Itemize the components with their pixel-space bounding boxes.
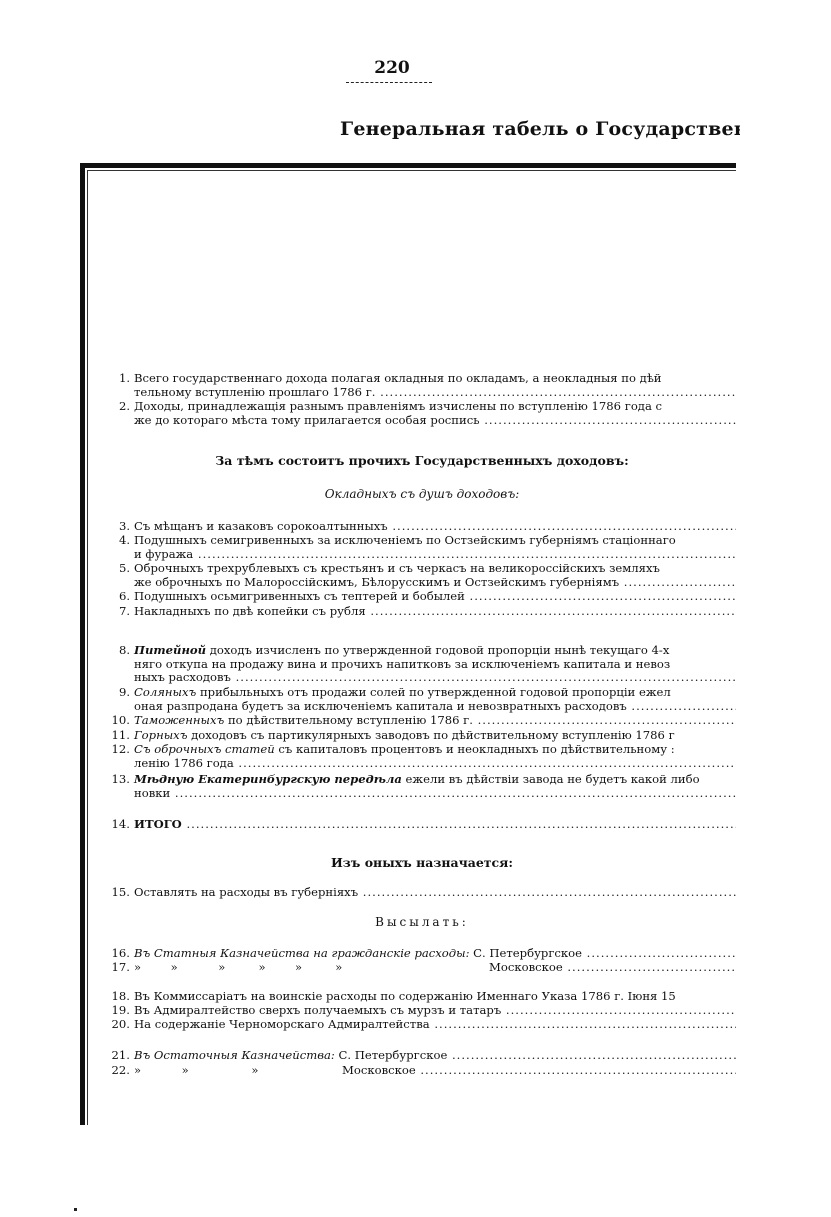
list-item-14-total: 14.ИТОГО xyxy=(108,818,736,832)
frame-top-inner-rule xyxy=(88,170,736,171)
scan-speck xyxy=(74,1208,77,1211)
list-item-4: 4.Подушныхъ семигривенныхъ за исключеніе… xyxy=(108,534,736,561)
list-item-5: 5.Оброчныхъ трехрублевыхъ съ крестьянъ и… xyxy=(108,562,736,589)
list-item-9: 9.Соляныхъ прибыльныхъ отъ продажи солей… xyxy=(108,686,736,713)
list-item-3: 3.Съ мѣщанъ и казаковъ сорокоалтынныхъ xyxy=(108,520,736,534)
list-item-2: 2.Доходы, принадлежащія разнымъ правлені… xyxy=(108,400,736,427)
list-item-1: 1.Всего государственнаго дохода полагая … xyxy=(108,372,736,399)
list-item-20: 20.На содержаніе Черноморскаго Адмиралте… xyxy=(108,1018,736,1032)
section-heading-other-revenues: За тѣмъ состоитъ прочихъ Государственных… xyxy=(108,453,736,468)
list-item-6: 6.Подушныхъ осьмигривенныхъ съ тептерей … xyxy=(108,590,736,604)
page-number-rule xyxy=(346,82,432,83)
list-item-13: 13.Мѣдную Екатеринбургскую передѣла ежел… xyxy=(108,773,736,800)
list-item-8: 8.Питейной доходъ изчисленъ по утвержден… xyxy=(108,644,736,685)
list-item-11: 11.Горныхъ доходовъ съ партикулярныхъ за… xyxy=(108,729,736,743)
section-subheading-poll-revenues: Окладныхъ съ душъ доходовъ: xyxy=(108,487,736,501)
list-item-18: 18.Въ Коммиссаріатъ на воинскіе расходы … xyxy=(108,990,736,1004)
list-item-10: 10.Таможенныхъ по дѣйствительному вступл… xyxy=(108,714,736,728)
list-item-7: 7.Накладныхъ по двѣ копейки съ рубля xyxy=(108,605,736,619)
page-title: Генеральная табель о Государственных xyxy=(340,118,740,140)
list-item-19: 19.Въ Адмиралтейство сверхъ получаемыхъ … xyxy=(108,1004,736,1018)
list-item-16: 16.Въ Статныя Казначейства на гражданскі… xyxy=(108,947,736,961)
list-item-12: 12.Съ оброчныхъ статей съ капиталовъ про… xyxy=(108,743,736,770)
page-number: 220 xyxy=(352,58,432,78)
list-item-22: 22.» » »Московское xyxy=(108,1064,736,1078)
list-item-17: 17.» » » » » »Московское xyxy=(108,961,736,975)
list-item-21: 21.Въ Остаточныя Казначейства: С. Петерб… xyxy=(108,1049,736,1063)
section-heading-send: Высылать: xyxy=(108,915,736,929)
section-heading-assigned: Изъ оныхъ назначается: xyxy=(108,855,736,870)
frame-top-border xyxy=(80,163,736,168)
frame-left-border xyxy=(80,163,85,1125)
frame-left-inner-rule xyxy=(87,170,88,1125)
list-item-15: 15.Оставлять на расходы въ губерніяхъ xyxy=(108,886,736,900)
